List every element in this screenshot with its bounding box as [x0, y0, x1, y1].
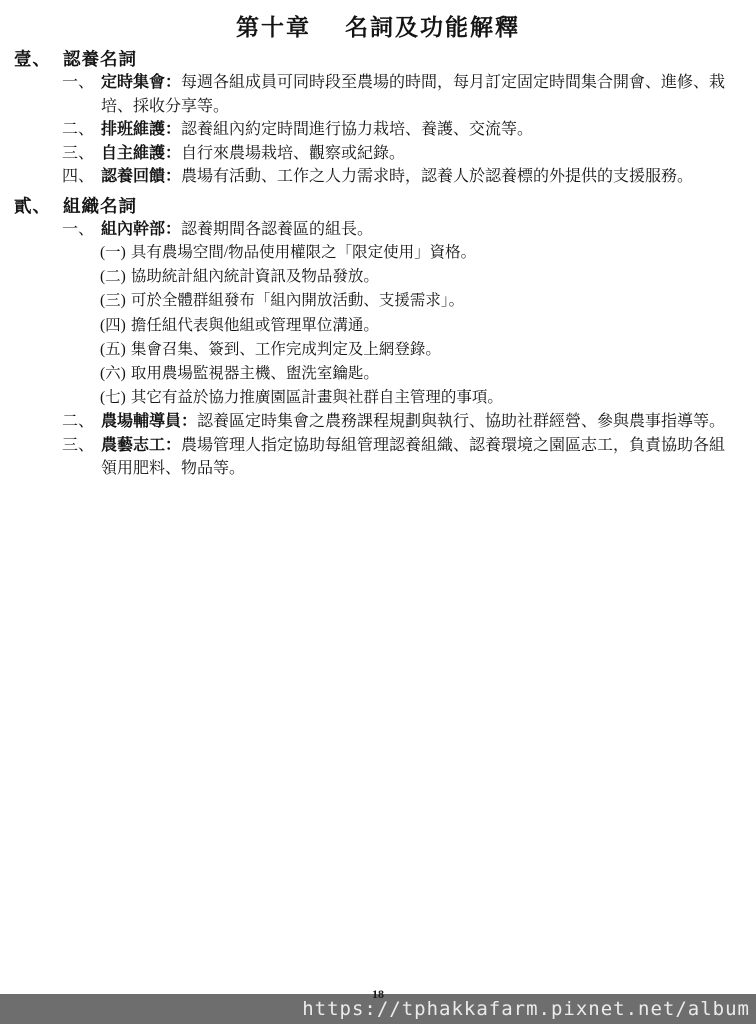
section-heading-1: 壹、 認養名詞: [14, 47, 756, 71]
subitem-prefix: (七): [100, 389, 126, 406]
item-text: 農藝志工：農場管理人指定協助每組管理認養組織、認養環境之園區志工，負責協助各組領…: [101, 434, 736, 481]
list-item: 一、 組內幹部：認養期間各認養區的組長。: [62, 218, 736, 242]
subitem-text: 擔任組代表與他組或管理單位溝通。: [131, 317, 379, 334]
subitem-text: 取用農場監視器主機、盥洗室鑰匙。: [131, 365, 379, 382]
chapter-label: 第十章: [236, 15, 311, 40]
item-number: 二、: [62, 410, 101, 434]
list-item: 二、 排班維護：認養組內約定時間進行協力栽培、養護、交流等。: [62, 118, 736, 142]
section-label: 貳、: [14, 194, 63, 218]
item-text: 排班維護：認養組內約定時間進行協力栽培、養護、交流等。: [101, 118, 736, 142]
item-term: 組內幹部：: [101, 221, 181, 238]
item-desc: 認養區定時集會之農務課程規劃與執行、協助社群經營、參與農事指導等。: [197, 413, 725, 430]
item-desc: 認養期間各認養區的組長。: [181, 221, 373, 238]
item-desc: 農場管理人指定協助每組管理認養組織、認養環境之園區志工，負責協助各組領用肥料、物…: [101, 437, 725, 478]
sub-list-item: (六)取用農場監視器主機、盥洗室鑰匙。: [100, 362, 736, 386]
item-number: 三、: [62, 142, 101, 166]
section-title: 組織名詞: [63, 194, 137, 218]
item-number: 一、: [62, 218, 101, 242]
item-desc: 自行來農場栽培、觀察或紀錄。: [181, 145, 405, 162]
sub-list-item: (七)其它有益於協力推廣園區計畫與社群自主管理的事項。: [100, 386, 736, 410]
subitem-text: 集會召集、簽到、工作完成判定及上網登錄。: [131, 341, 441, 358]
item-term: 排班維護：: [101, 121, 181, 138]
chapter-title: 名詞及功能解釋: [345, 15, 520, 40]
subitem-text: 可於全體群組發布「組內開放活動、支援需求」。: [131, 292, 464, 309]
subitem-text: 協助統計組內統計資訊及物品發放。: [131, 268, 379, 285]
item-desc: 認養組內約定時間進行協力栽培、養護、交流等。: [181, 121, 533, 138]
list-item: 三、 農藝志工：農場管理人指定協助每組管理認養組織、認養環境之園區志工，負責協助…: [62, 434, 736, 481]
item-text: 定時集會：每週各組成員可同時段至農場的時間，每月訂定固定時間集合開會、進修、栽培…: [101, 71, 736, 118]
sub-list-item: (二)協助統計組內統計資訊及物品發放。: [100, 265, 736, 289]
item-text: 認養回饋：農場有活動、工作之人力需求時，認養人於認養標的外提供的支援服務。: [101, 165, 736, 189]
item-term: 農場輔導員：: [101, 413, 197, 430]
item-text: 自主維護：自行來農場栽培、觀察或紀錄。: [101, 142, 736, 166]
item-term: 農藝志工：: [101, 437, 181, 454]
sub-list-item: (三)可於全體群組發布「組內開放活動、支援需求」。: [100, 289, 736, 313]
list-item: 四、 認養回饋：農場有活動、工作之人力需求時，認養人於認養標的外提供的支援服務。: [62, 165, 736, 189]
item-term: 自主維護：: [101, 145, 181, 162]
item-number: 三、: [62, 434, 101, 481]
section-title: 認養名詞: [63, 47, 137, 71]
page-number: 18: [0, 987, 756, 1002]
subitem-prefix: (三): [100, 292, 126, 309]
item-number: 一、: [62, 71, 101, 118]
subitem-text: 其它有益於協力推廣園區計畫與社群自主管理的事項。: [131, 389, 503, 406]
subitem-prefix: (二): [100, 268, 126, 285]
item-number: 二、: [62, 118, 101, 142]
list-item: 三、 自主維護：自行來農場栽培、觀察或紀錄。: [62, 142, 736, 166]
subitem-prefix: (一): [100, 244, 126, 261]
subitem-prefix: (六): [100, 365, 126, 382]
item-number: 四、: [62, 165, 101, 189]
page-title: 第十章名詞及功能解釋: [0, 0, 756, 42]
subitem-text: 具有農場空間/物品使用權限之「限定使用」資格。: [131, 244, 476, 261]
sub-list-item: (五)集會召集、簽到、工作完成判定及上網登錄。: [100, 338, 736, 362]
document-page: 第十章名詞及功能解釋 壹、 認養名詞 一、 定時集會：每週各組成員可同時段至農場…: [0, 0, 756, 1024]
item-text: 農場輔導員：認養區定時集會之農務課程規劃與執行、協助社群經營、參與農事指導等。: [101, 410, 736, 434]
item-desc: 每週各組成員可同時段至農場的時間，每月訂定固定時間集合開會、進修、栽培、採收分享…: [101, 74, 725, 115]
sub-list-item: (一)具有農場空間/物品使用權限之「限定使用」資格。: [100, 241, 736, 265]
list-item: 二、 農場輔導員：認養區定時集會之農務課程規劃與執行、協助社群經營、參與農事指導…: [62, 410, 736, 434]
subitem-prefix: (五): [100, 341, 126, 358]
item-text: 組內幹部：認養期間各認養區的組長。: [101, 218, 736, 242]
sub-list-item: (四)擔任組代表與他組或管理單位溝通。: [100, 314, 736, 338]
item-desc: 農場有活動、工作之人力需求時，認養人於認養標的外提供的支援服務。: [181, 168, 693, 185]
item-term: 認養回饋：: [101, 168, 181, 185]
subitem-prefix: (四): [100, 317, 126, 334]
list-item: 一、 定時集會：每週各組成員可同時段至農場的時間，每月訂定固定時間集合開會、進修…: [62, 71, 736, 118]
item-term: 定時集會：: [101, 74, 181, 91]
section-label: 壹、: [14, 47, 63, 71]
section-heading-2: 貳、 組織名詞: [14, 194, 756, 218]
